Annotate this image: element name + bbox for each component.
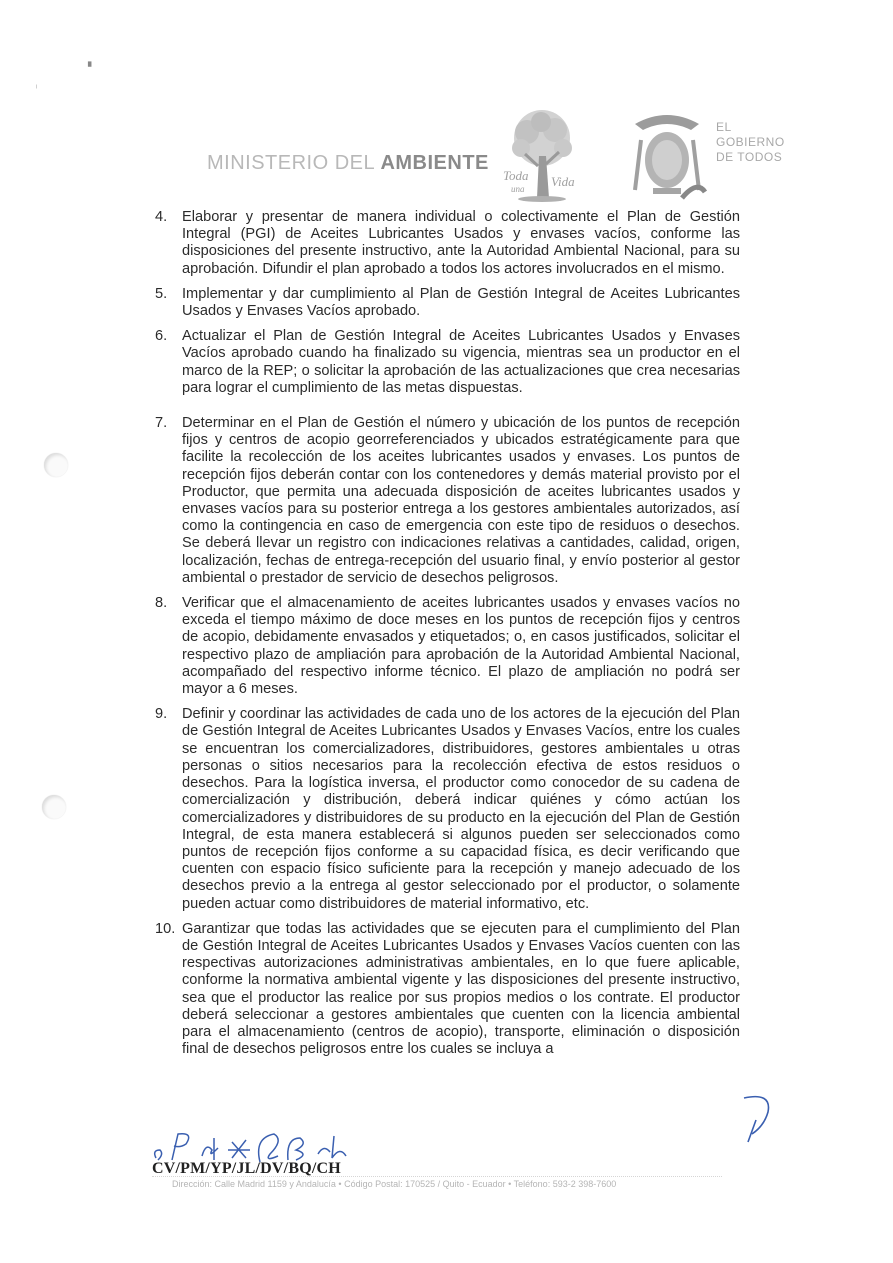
item-text: Determinar en el Plan de Gestión el núme… xyxy=(182,415,740,587)
list-item-8: 8. Verificar que el almacenamiento de ac… xyxy=(155,595,740,698)
numbered-list: 4. Elaborar y presentar de manera indivi… xyxy=(155,209,740,1058)
item-number: 6. xyxy=(155,328,182,397)
svg-text:una: una xyxy=(511,184,525,194)
margin-signature-icon xyxy=(738,1090,778,1145)
item-number: 4. xyxy=(155,209,182,278)
item-text: Garantizar que todas las actividades que… xyxy=(182,921,740,1059)
scan-speck: ᵎ xyxy=(36,82,37,92)
item-number: 9. xyxy=(155,706,182,912)
item-text: Definir y coordinar las actividades de c… xyxy=(182,706,740,912)
list-item-9: 9. Definir y coordinar las actividades d… xyxy=(155,706,740,912)
list-item-7: 7. Determinar en el Plan de Gestión el n… xyxy=(155,415,740,587)
ministry-address: Dirección: Calle Madrid 1159 y Andalucía… xyxy=(172,1179,616,1189)
item-number: 5. xyxy=(155,286,182,320)
letterhead: MINISTERIO DEL AMBIENTE Toda una Vida EL… xyxy=(0,100,893,210)
svg-text:Vida: Vida xyxy=(551,174,575,189)
item-number: 7. xyxy=(155,415,182,587)
item-text: Verificar que el almacenamiento de aceit… xyxy=(182,595,740,698)
hole-punch xyxy=(42,795,66,819)
ministry-name: MINISTERIO DEL AMBIENTE xyxy=(207,152,489,175)
scan-speck: ▘ xyxy=(88,62,95,73)
item-text: Implementar y dar cumplimiento al Plan d… xyxy=(182,286,740,320)
tree-logo-icon: Toda una Vida xyxy=(497,106,587,202)
item-text: Actualizar el Plan de Gestión Integral d… xyxy=(182,328,740,397)
list-item-4: 4. Elaborar y presentar de manera indivi… xyxy=(155,209,740,278)
list-item-10: 10. Garantizar que todas las actividades… xyxy=(155,921,740,1059)
hole-punch xyxy=(44,453,68,477)
item-number: 10. xyxy=(155,921,182,1059)
item-number: 8. xyxy=(155,595,182,698)
list-item-5: 5. Implementar y dar cumplimiento al Pla… xyxy=(155,286,740,320)
government-slogan: EL GOBIERNO DE TODOS xyxy=(716,120,785,165)
coat-of-arms-icon xyxy=(627,110,707,202)
svg-text:Toda: Toda xyxy=(503,168,529,183)
footer-divider xyxy=(152,1176,722,1177)
item-text: Elaborar y presentar de manera individua… xyxy=(182,209,740,278)
list-item-6: 6. Actualizar el Plan de Gestión Integra… xyxy=(155,328,740,397)
